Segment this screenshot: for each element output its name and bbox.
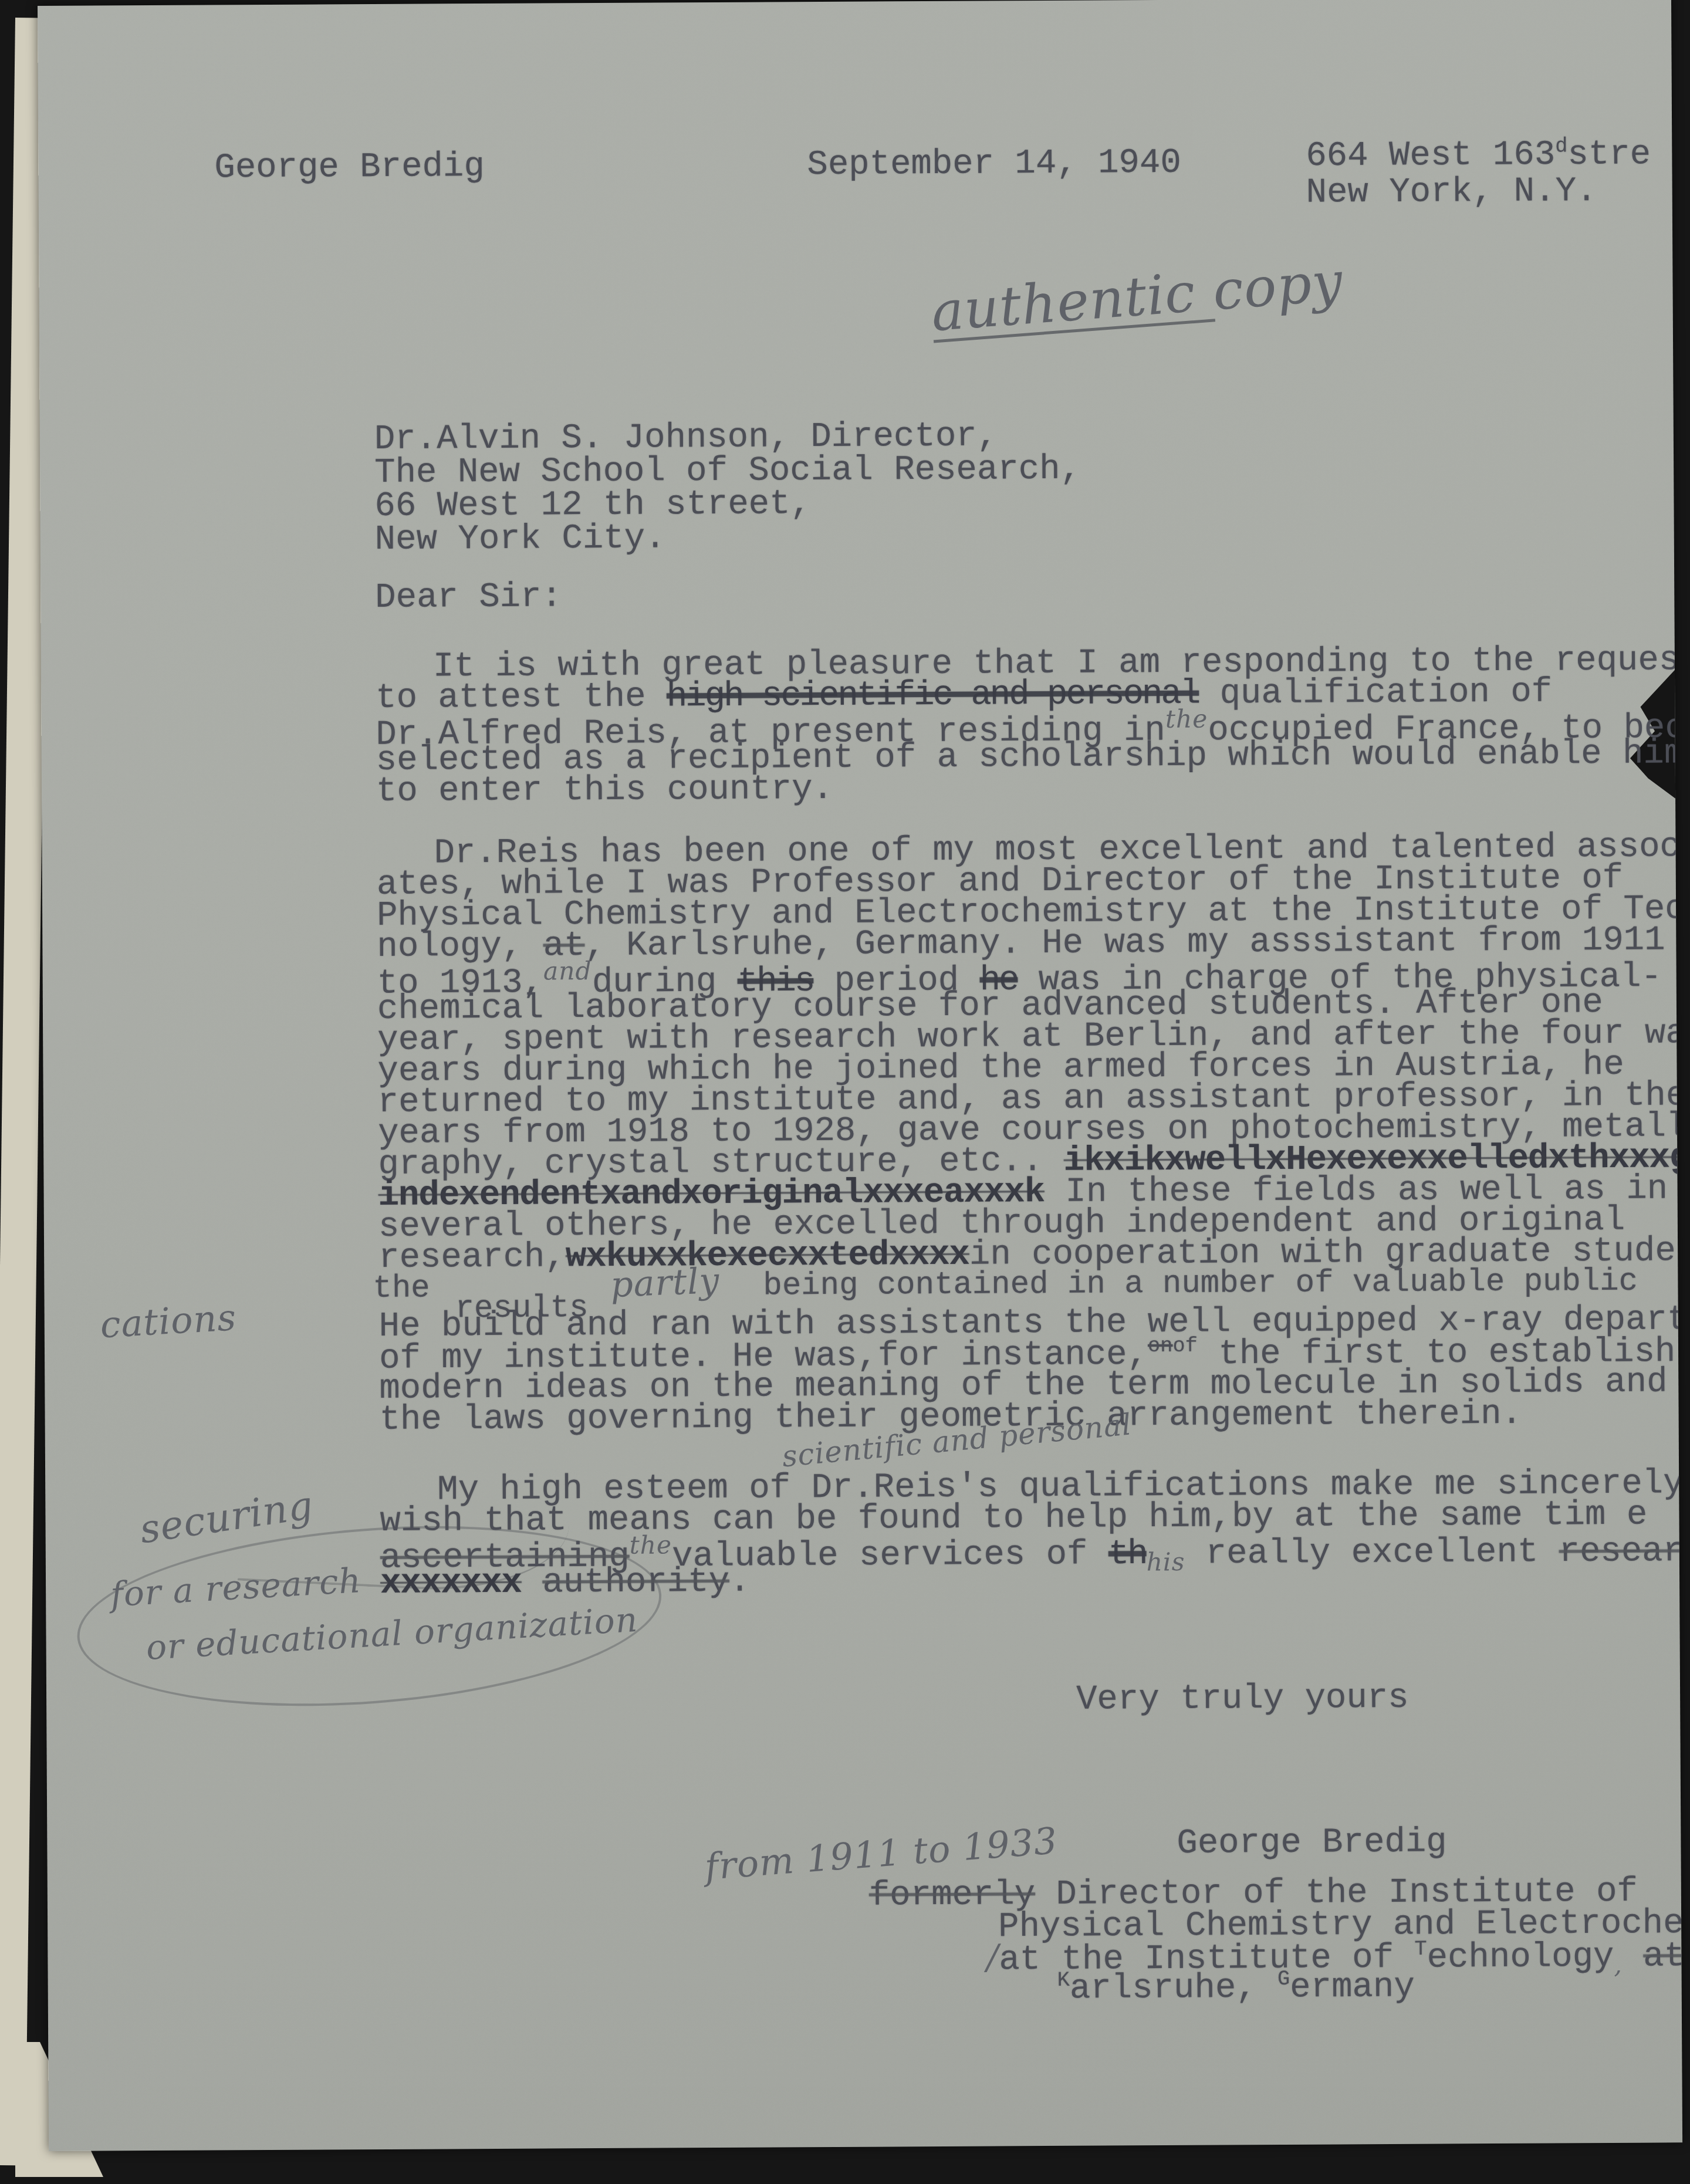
salutation: Dear Sir: xyxy=(375,579,562,615)
body-line: to enter this country. xyxy=(376,772,833,809)
signature-line: Karlsruhe, Germany xyxy=(1057,1969,1415,2006)
paper-sheet: George BredigSeptember 14, 1940664 West … xyxy=(38,0,1682,2151)
partly-note: partly xyxy=(610,1263,721,1306)
recipient-line: 66 West 12 th street, xyxy=(374,486,811,523)
sender-name: George Bredig xyxy=(214,149,485,185)
authentic-copy-note: authentic copy xyxy=(929,255,1345,343)
closing-line: Very truly yours xyxy=(1076,1681,1409,1717)
recipient-line: New York City. xyxy=(375,520,666,557)
body-line: xxxxxxx authority. xyxy=(380,1564,751,1601)
sender-address-line: New York, N.Y. xyxy=(1306,174,1597,210)
interline-insert: the xyxy=(373,1273,430,1306)
sender-address-line: 664 West 163dstre xyxy=(1306,136,1651,174)
interline-insert: being contained in a number of valuable … xyxy=(763,1266,1638,1303)
scan-background: George BredigSeptember 14, 1940664 West … xyxy=(0,0,1690,2184)
margin-note-cations: cations xyxy=(99,1299,238,1346)
date-line: September 14, 1940 xyxy=(807,146,1181,182)
signature-name: George Bredig xyxy=(1177,1824,1447,1860)
